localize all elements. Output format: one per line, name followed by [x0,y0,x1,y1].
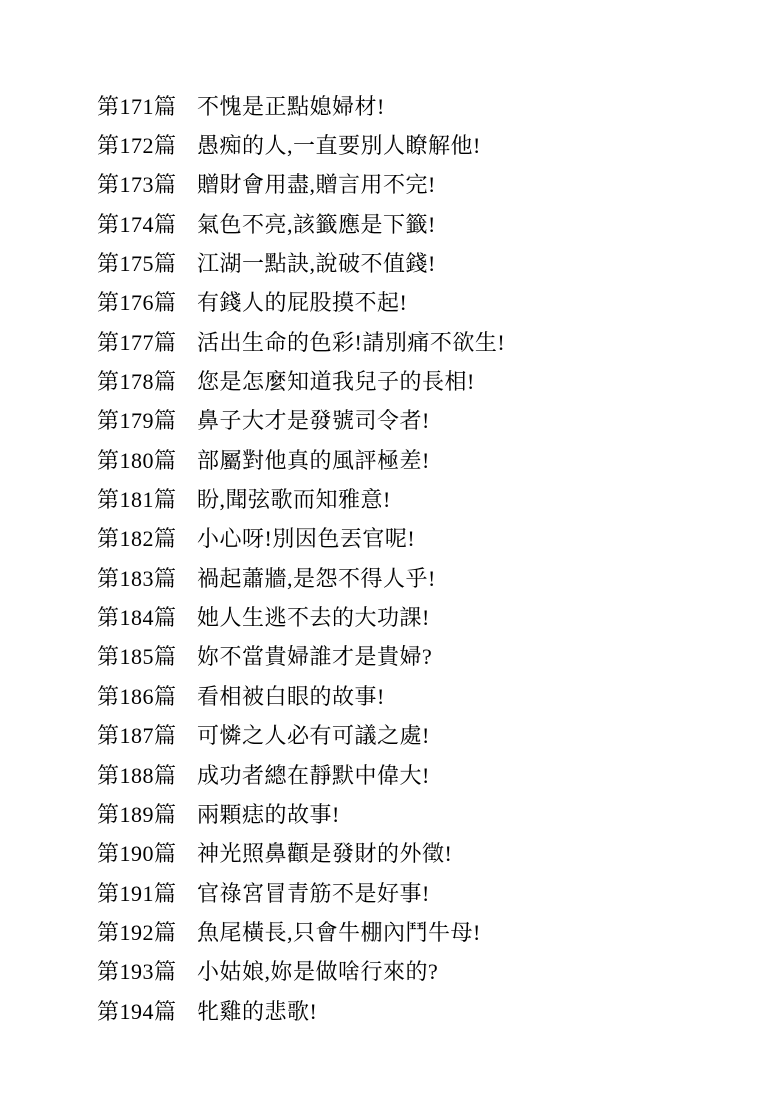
list-item: 第180篇 部屬對他真的風評極差! [97,441,782,480]
chapter-number: 第189篇 [97,804,197,826]
chapter-number: 第181篇 [97,489,197,511]
chapter-number: 第176篇 [97,292,197,314]
chapter-title: 贈財會用盡,贈言用不完! [197,174,436,196]
list-item: 第192篇 魚尾橫長,只會牛棚內鬥牛母! [97,913,782,952]
document-page: 第171篇 不愧是正點媳婦材! 第172篇 愚痴的人,一直要別人瞭解他! 第17… [0,0,782,1098]
chapter-number: 第192篇 [97,922,197,944]
chapter-title: 官祿宮冒青筋不是好事! [197,883,430,905]
chapter-title: 兩顆痣的故事! [197,804,340,826]
list-item: 第185篇 妳不當貴婦誰才是貴婦? [97,638,782,677]
chapter-number: 第173篇 [97,174,197,196]
chapter-title: 魚尾橫長,只會牛棚內鬥牛母! [197,922,481,944]
chapter-number: 第190篇 [97,843,197,865]
chapter-title: 部屬對他真的風評極差! [197,450,430,472]
chapter-list: 第171篇 不愧是正點媳婦材! 第172篇 愚痴的人,一直要別人瞭解他! 第17… [97,87,782,1031]
chapter-number: 第174篇 [97,214,197,236]
list-item: 第173篇 贈財會用盡,贈言用不完! [97,166,782,205]
list-item: 第183篇 禍起蕭牆,是怨不得人乎! [97,559,782,598]
chapter-number: 第182篇 [97,528,197,550]
list-item: 第186篇 看相被白眼的故事! [97,677,782,716]
chapter-number: 第177篇 [97,332,197,354]
chapter-title: 您是怎麼知道我兒子的長相! [197,371,475,393]
list-item: 第174篇 氣色不亮,該籤應是下籤! [97,205,782,244]
chapter-number: 第183篇 [97,568,197,590]
chapter-number: 第191篇 [97,883,197,905]
chapter-title: 江湖一點訣,說破不值錢! [197,253,436,275]
list-item: 第171篇 不愧是正點媳婦材! [97,87,782,126]
list-item: 第193篇 小姑娘,妳是做啥行來的? [97,953,782,992]
chapter-title: 可憐之人必有可議之處! [197,725,430,747]
list-item: 第191篇 官祿宮冒青筋不是好事! [97,874,782,913]
chapter-number: 第188篇 [97,765,197,787]
chapter-title: 小姑娘,妳是做啥行來的? [197,961,438,983]
list-item: 第175篇 江湖一點訣,說破不值錢! [97,244,782,283]
list-item: 第184篇 她人生逃不去的大功課! [97,598,782,637]
chapter-title: 活出生命的色彩!請別痛不欲生! [197,332,505,354]
list-item: 第190篇 神光照鼻顴是發財的外徵! [97,835,782,874]
chapter-title: 鼻子大才是發號司令者! [197,410,430,432]
chapter-number: 第175篇 [97,253,197,275]
chapter-title: 成功者總在靜默中偉大! [197,765,430,787]
chapter-title: 妳不當貴婦誰才是貴婦? [197,646,432,668]
chapter-title: 有錢人的屁股摸不起! [197,292,407,314]
list-item: 第179篇 鼻子大才是發號司令者! [97,402,782,441]
chapter-number: 第180篇 [97,450,197,472]
chapter-title: 神光照鼻顴是發財的外徵! [197,843,452,865]
chapter-title: 盼,聞弦歌而知雅意! [197,489,391,511]
chapter-number: 第194篇 [97,1001,197,1023]
list-item: 第176篇 有錢人的屁股摸不起! [97,284,782,323]
chapter-number: 第185篇 [97,646,197,668]
list-item: 第181篇 盼,聞弦歌而知雅意! [97,480,782,519]
list-item: 第188篇 成功者總在靜默中偉大! [97,756,782,795]
chapter-title: 小心呀!別因色丟官呢! [197,528,415,550]
chapter-title: 愚痴的人,一直要別人瞭解他! [197,135,481,157]
list-item: 第182篇 小心呀!別因色丟官呢! [97,520,782,559]
list-item: 第187篇 可憐之人必有可議之處! [97,717,782,756]
chapter-number: 第184篇 [97,607,197,629]
chapter-title: 看相被白眼的故事! [197,686,385,708]
chapter-number: 第171篇 [97,96,197,118]
chapter-number: 第178篇 [97,371,197,393]
chapter-number: 第172篇 [97,135,197,157]
list-item: 第189篇 兩顆痣的故事! [97,795,782,834]
chapter-title: 氣色不亮,該籤應是下籤! [197,214,436,236]
list-item: 第177篇 活出生命的色彩!請別痛不欲生! [97,323,782,362]
chapter-title: 牝雞的悲歌! [197,1001,317,1023]
chapter-title: 不愧是正點媳婦材! [197,96,385,118]
chapter-number: 第186篇 [97,686,197,708]
chapter-title: 禍起蕭牆,是怨不得人乎! [197,568,436,590]
chapter-title: 她人生逃不去的大功課! [197,607,430,629]
chapter-number: 第187篇 [97,725,197,747]
chapter-number: 第179篇 [97,410,197,432]
list-item: 第178篇 您是怎麼知道我兒子的長相! [97,362,782,401]
list-item: 第172篇 愚痴的人,一直要別人瞭解他! [97,126,782,165]
list-item: 第194篇 牝雞的悲歌! [97,992,782,1031]
chapter-number: 第193篇 [97,961,197,983]
